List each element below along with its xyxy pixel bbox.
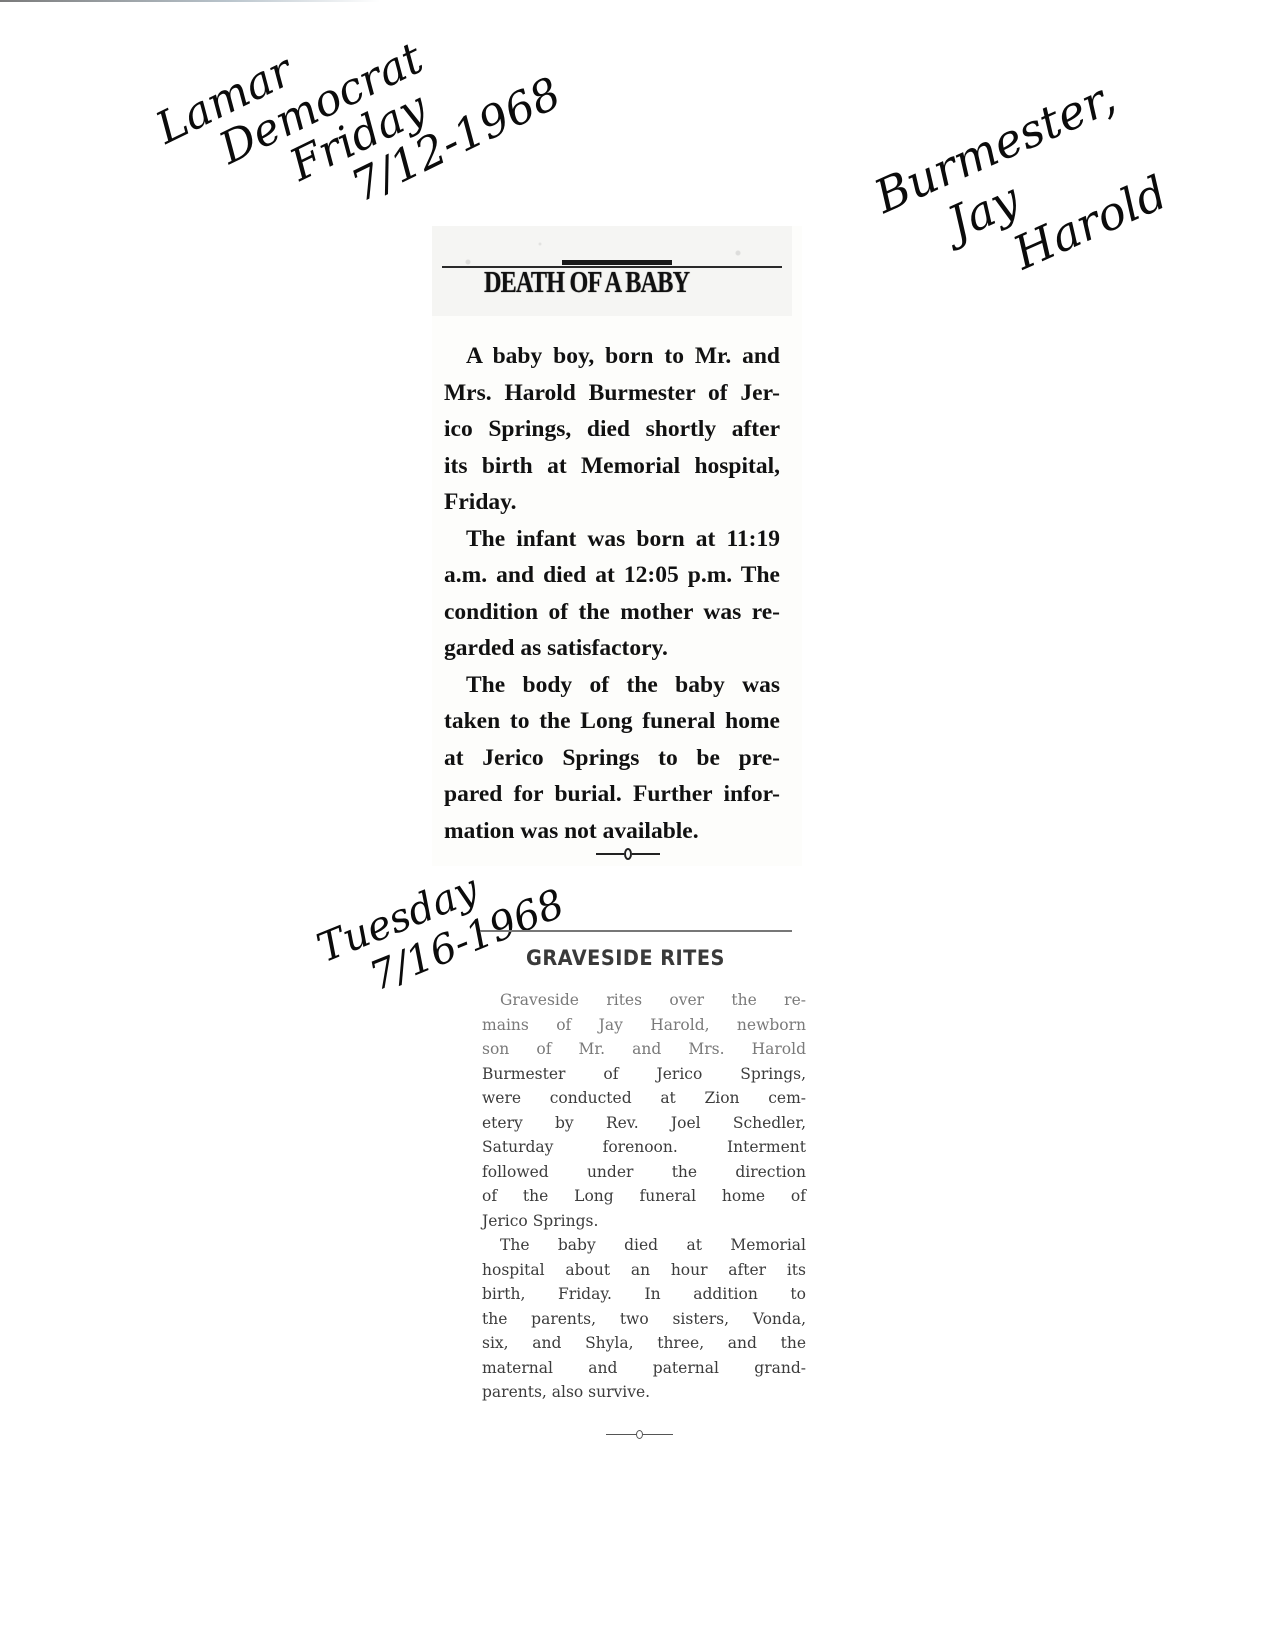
text-line: condition of the mother was re- — [444, 594, 780, 631]
text-line: maternal and paternal grand- — [482, 1356, 806, 1381]
clipping-top-rule — [480, 930, 792, 932]
text-line: mains of Jay Harold, newborn — [482, 1013, 806, 1038]
headline: DEATH OF A BABY — [484, 264, 718, 300]
text-line: followed under the direction — [482, 1160, 806, 1185]
text-line: etery by Rev. Joel Schedler, — [482, 1111, 806, 1136]
text-line: garded as satisfactory. — [444, 630, 780, 667]
text-line: The body of the baby was — [444, 667, 780, 704]
text-line: a.m. and died at 12:05 p.m. The — [444, 557, 780, 594]
text-line: six, and Shyla, three, and the — [482, 1331, 806, 1356]
text-line: hospital about an hour after its — [482, 1258, 806, 1283]
text-line: parents, also survive. — [482, 1380, 806, 1405]
text-line: Jerico Springs. — [482, 1209, 806, 1234]
end-mark-icon — [596, 848, 660, 860]
text-line: Mrs. Harold Burmester of Jer- — [444, 375, 780, 412]
text-line: of the Long funeral home of — [482, 1184, 806, 1209]
text-line: The infant was born at 11:19 — [444, 521, 780, 558]
text-line: A baby boy, born to Mr. and — [444, 338, 780, 375]
text-line: birth, Friday. In addition to — [482, 1282, 806, 1307]
text-line: Burmester of Jerico Springs, — [482, 1062, 806, 1087]
article-body: A baby boy, born to Mr. and Mrs. Harold … — [444, 338, 780, 849]
text-line: the parents, two sisters, Vonda, — [482, 1307, 806, 1332]
text-line: ico Springs, died shortly after — [444, 411, 780, 448]
text-line: Friday. — [444, 484, 780, 521]
scan-edge — [0, 0, 380, 2]
text-line: son of Mr. and Mrs. Harold — [482, 1037, 806, 1062]
newspaper-clipping-graveside-rites: GRAVESIDE RITES Graveside rites over the… — [476, 940, 816, 1480]
end-mark-icon — [606, 1430, 673, 1439]
headline: GRAVESIDE RITES — [526, 946, 725, 970]
text-line: taken to the Long funeral home — [444, 703, 780, 740]
text-line: at Jerico Springs to be pre- — [444, 740, 780, 777]
text-line: mation was not available. — [444, 813, 780, 850]
article-body: Graveside rites over the re- mains of Ja… — [482, 988, 806, 1405]
text-line: Graveside rites over the re- — [482, 988, 806, 1013]
text-line: its birth at Memorial hospital, — [444, 448, 780, 485]
text-line: were conducted at Zion cem- — [482, 1086, 806, 1111]
text-line: The baby died at Memorial — [482, 1233, 806, 1258]
newspaper-clipping-death-notice: DEATH OF A BABY A baby boy, born to Mr. … — [432, 226, 802, 866]
handwritten-name-note: Burmester, Jay Harold — [868, 70, 1173, 319]
text-line: Saturday forenoon. Interment — [482, 1135, 806, 1160]
text-line: pared for burial. Further infor- — [444, 776, 780, 813]
